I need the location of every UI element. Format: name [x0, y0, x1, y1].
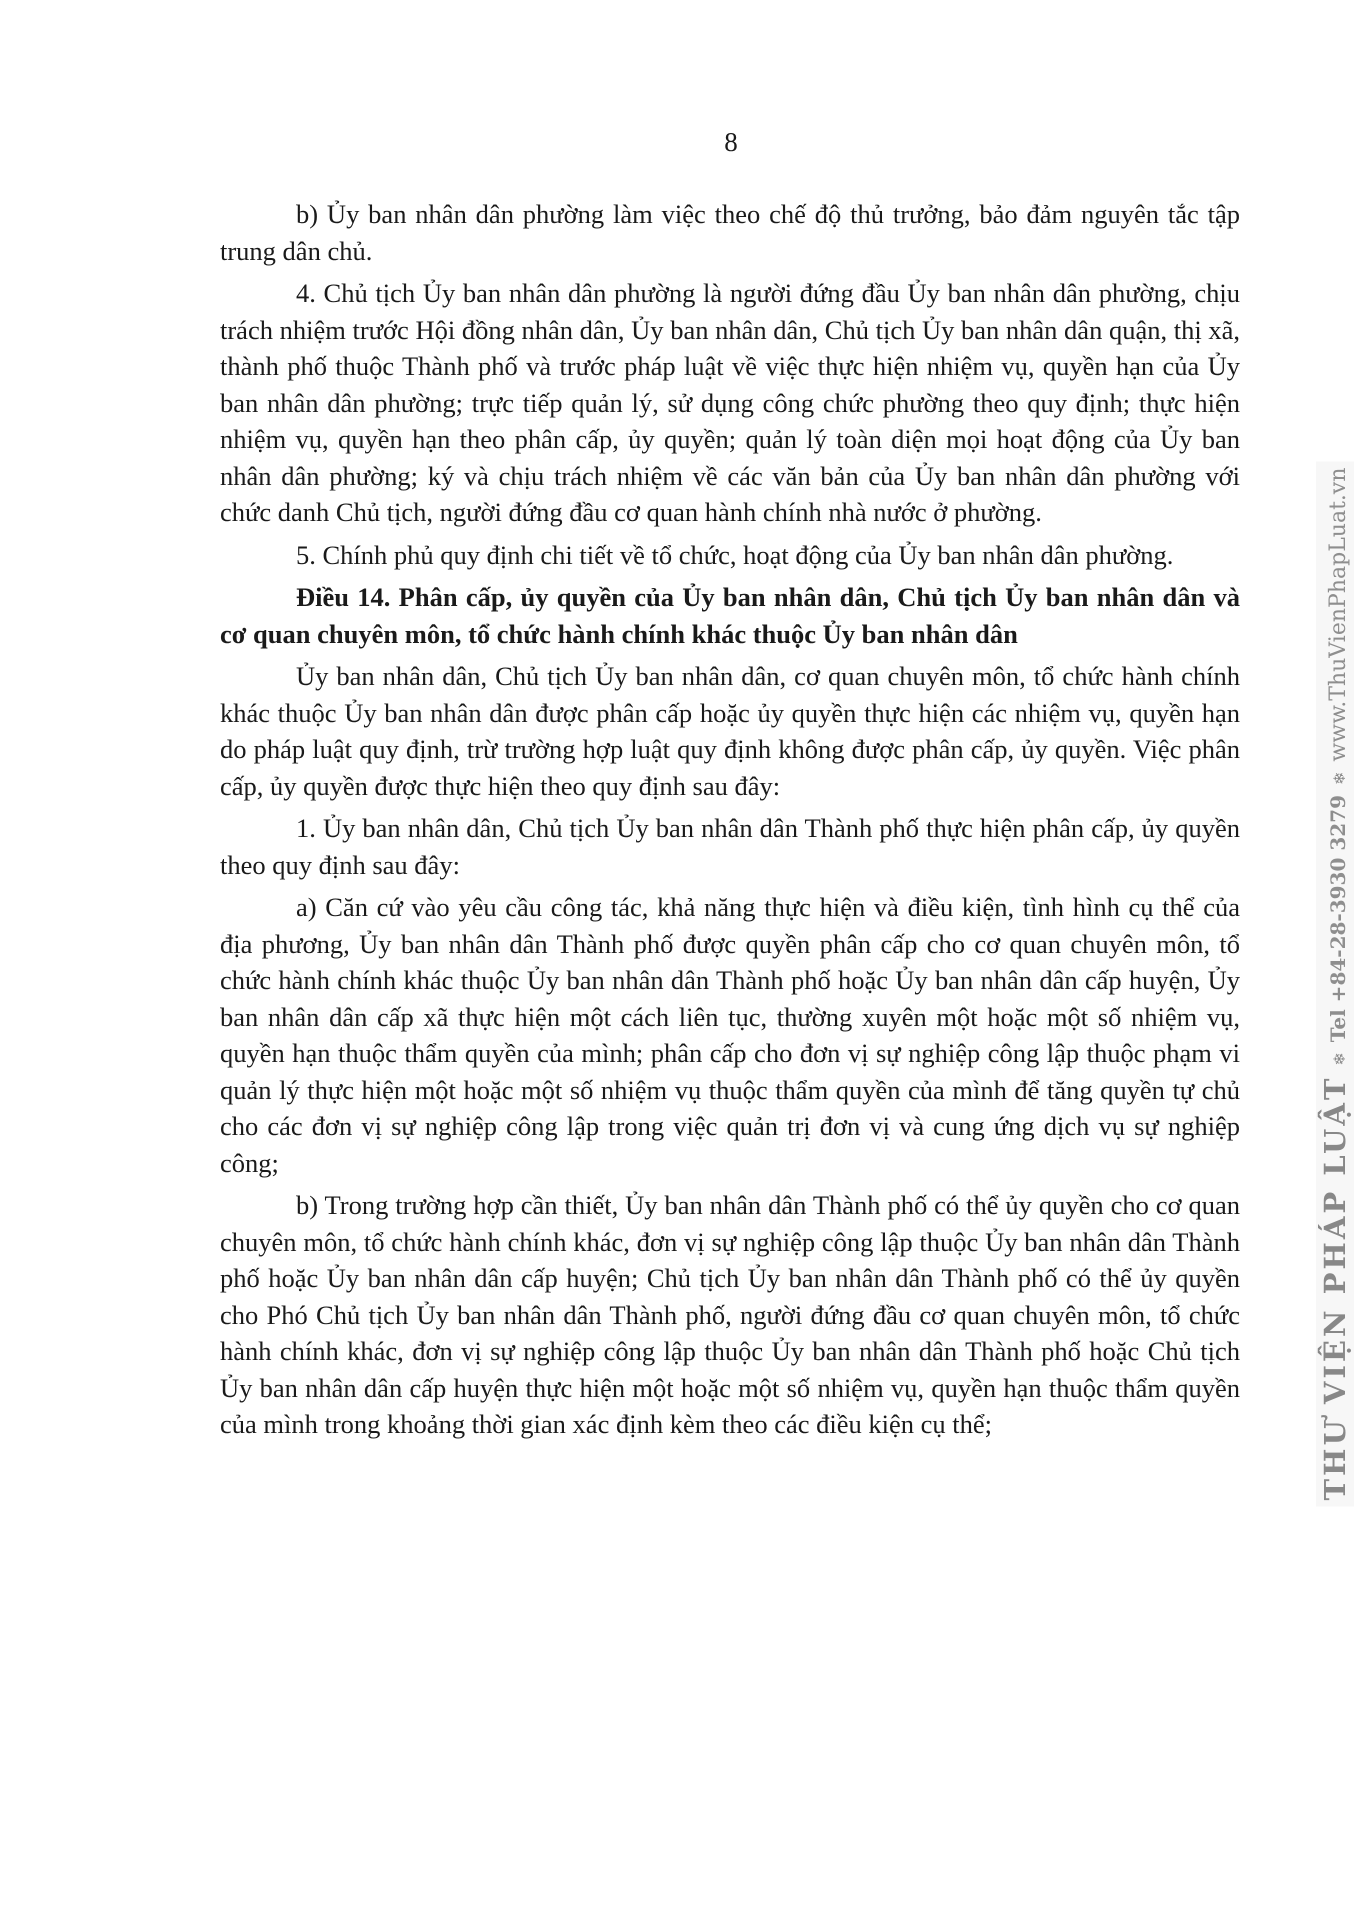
watermark-brand: THƯ VIỆN PHÁP LUẬT	[1318, 1076, 1352, 1501]
article-14-intro: Ủy ban nhân dân, Chủ tịch Ủy ban nhân dâ…	[220, 658, 1240, 804]
article-14-clause-1a: a) Căn cứ vào yêu cầu công tác, khả năng…	[220, 889, 1240, 1181]
snowflake-icon: ❄	[1330, 1052, 1349, 1065]
page-number: 8	[0, 126, 1357, 158]
paragraph-3b-working-regime: b) Ủy ban nhân dân phường làm việc theo …	[220, 196, 1240, 269]
article-14-clause-1b: b) Trong trường hợp cần thiết, Ủy ban nh…	[220, 1187, 1240, 1443]
watermark-website: www.ThuVienPhapLuat.vn	[1326, 467, 1351, 761]
document-body: b) Ủy ban nhân dân phường làm việc theo …	[220, 196, 1240, 1449]
watermark-phone: Tel +84-28-3930 3279	[1326, 795, 1350, 1042]
watermark-text: THƯ VIỆN PHÁP LUẬT ❄ Tel +84-28-3930 327…	[1316, 461, 1354, 1506]
article-14-clause-1: 1. Ủy ban nhân dân, Chủ tịch Ủy ban nhân…	[220, 810, 1240, 883]
paragraph-5-government-regulation: 5. Chính phủ quy định chi tiết về tổ chứ…	[220, 537, 1240, 574]
snowflake-icon: ❄	[1330, 772, 1349, 785]
article-14-heading: Điều 14. Phân cấp, ủy quyền của Ủy ban n…	[220, 579, 1240, 652]
paragraph-4-chairman-role: 4. Chủ tịch Ủy ban nhân dân phường là ng…	[220, 275, 1240, 531]
side-watermark: THƯ VIỆN PHÁP LUẬT ❄ Tel +84-28-3930 327…	[1318, 400, 1352, 1568]
